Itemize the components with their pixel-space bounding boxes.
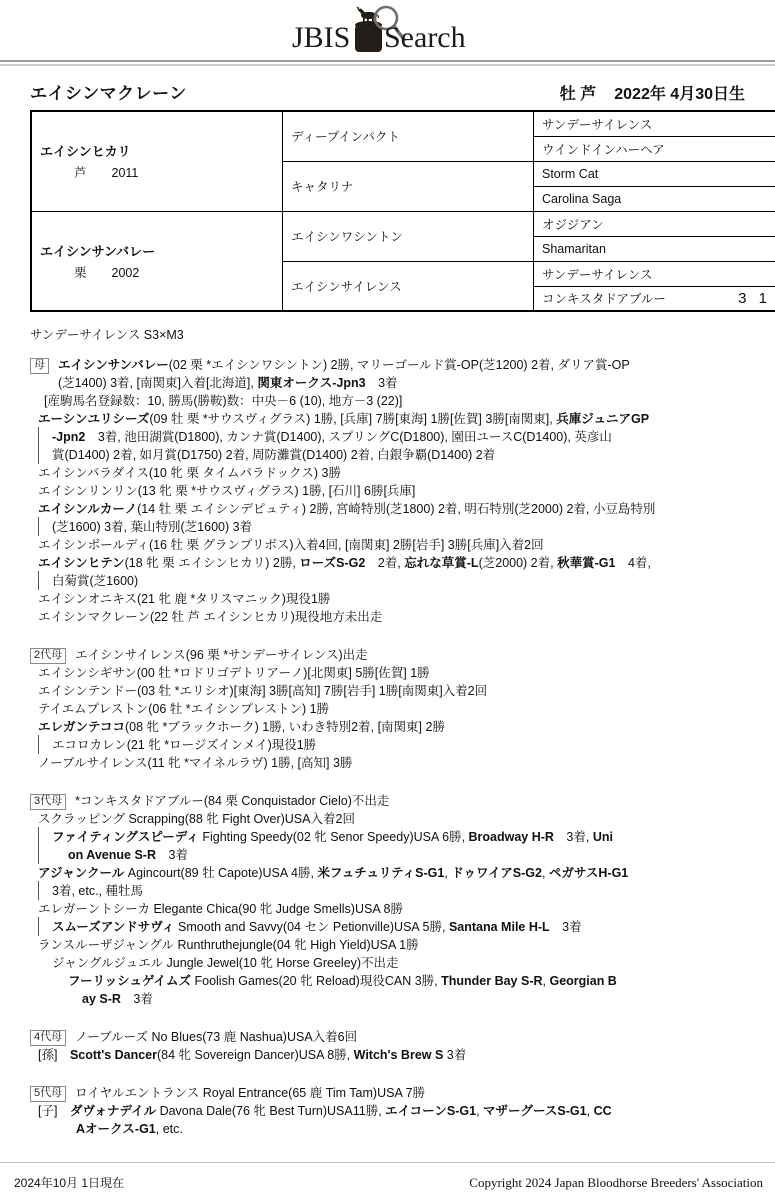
horse-or-race-name: ダヴォナデイル (70, 1104, 156, 1118)
site-header: JBIS Search (0, 0, 775, 60)
pedigree-line: エイシンヒテン(18 牝 栗 エイシンヒカリ) 2勝, ローズS-G2 2着, … (30, 554, 745, 572)
footer: 2024年10月 1日現在 Copyright 2024 Japan Blood… (14, 1174, 763, 1191)
line-text: 3着, 池田湖賞(D1800), カンナ賞(D1400), スプリングC(D18… (85, 430, 612, 444)
horse-or-race-name: スムーズアンドサヴィ (52, 920, 175, 934)
section-head-line: 3代母*コンキスタドアブルー(84 栗 Conquistador Cielo)不… (30, 792, 745, 810)
horse-or-race-name: エイシンサンバレー (58, 358, 169, 372)
pedigree-line: エイシンシギサン(00 牡 *ロドリゴデトリアーノ)[北関東] 5勝[佐賀] 1… (30, 664, 745, 682)
line-text: エレガーントシーカ Elegante Chica(90 牝 Judge Smel… (38, 902, 403, 916)
generation-label: 母 (30, 358, 49, 374)
pedigree-line: -Jpn2 3着, 池田湖賞(D1800), カンナ賞(D1400), スプリン… (30, 428, 745, 446)
table-row: エイシンサンバレー 栗 2002 エイシンワシントン オジジアン (31, 211, 775, 236)
line-text: エイシンボールディ(16 牡 栗 グランプリボス)入着4回, [南関東] 2勝[… (38, 538, 544, 552)
sire-dam-cell: キャタリナ (283, 161, 534, 211)
as-of-date: 2024年10月 1日現在 (14, 1174, 124, 1191)
horse-or-race-name: Thunder Bay S-R (441, 974, 542, 988)
line-text: 3着 (443, 1048, 466, 1062)
horse-profile: 牡 芦2022年 4月30日生 (560, 81, 745, 104)
table-row: エイシンヒカリ 芦 2011 ディープインパクト サンデーサイレンス (31, 111, 775, 136)
dam-sire-cell: エイシンワシントン (283, 211, 534, 261)
line-text: Fighting Speedy(02 牝 Senor Speedy)USA 6勝… (199, 830, 469, 844)
horse-or-race-name: 米フュチュリティS-G1 (317, 866, 444, 880)
pedigree-line: ノーブルサイレンス(11 牝 *マイネルラヴ) 1勝, [高知] 3勝 (30, 754, 745, 772)
pedigree-line: on Avenue S-R 3着 (30, 846, 745, 864)
horse-or-race-name: Uni (593, 830, 613, 844)
copyright: Copyright 2024 Japan Bloodhorse Breeders… (469, 1175, 763, 1191)
section-head-line: 2代母エイシンサイレンス(96 栗 *サンデーサイレンス)出走 (30, 646, 745, 664)
horse-or-race-name: エレガンテココ (38, 720, 125, 734)
dam-name: エイシンサンバレー (40, 241, 278, 260)
horse-or-race-name: -Jpn2 (52, 430, 85, 444)
section-second-dam: 2代母エイシンサイレンス(96 栗 *サンデーサイレンス)出走エイシンシギサン(… (30, 646, 745, 772)
pedigree-line: エコロカレン(21 牝 *ロージズインメイ)現役1勝 (30, 736, 745, 754)
pedigree-line: ファイティングスピーディ Fighting Speedy(02 牝 Senor … (30, 828, 745, 846)
pedigree-line: [産駒馬名登録数：10, 勝馬(勝鞍)数：中央－6 (10), 地方－3 (22… (30, 392, 745, 410)
horse-or-race-name: フーリッシュゲイムズ (68, 974, 191, 988)
page-marker: 3 1 (738, 290, 773, 307)
line-text: Agincourt(89 牡 Capote)USA 4勝, (124, 866, 317, 880)
section-fourth-dam: 4代母ノーブルーズ No Blues(73 鹿 Nashua)USA入着6回[孫… (30, 1028, 745, 1064)
line-text: (芝2000) 2着, (479, 556, 558, 570)
horse-name-title: エイシンマクレーン (30, 79, 187, 104)
horse-or-race-name: マザーグースS-G1 (483, 1104, 587, 1118)
line-text: 3着 (156, 848, 188, 862)
logo-text-jbis: JBIS (292, 21, 350, 54)
pedigree-table: エイシンヒカリ 芦 2011 ディープインパクト サンデーサイレンス ウインドイ… (30, 110, 775, 312)
line-text: 3着 (366, 376, 398, 390)
line-text (57, 1104, 70, 1118)
pedigree-line: テイエムプレストン(06 牡 *エイシンプレストン) 1勝 (30, 700, 745, 718)
line-text: (18 牝 栗 エイシンヒカリ) 2勝, (125, 556, 300, 570)
pedigree-line: ジャングルジュエル Jungle Jewel(10 牝 Horse Greele… (30, 954, 745, 972)
pedigree-line: スクラッピング Scrapping(88 牝 Fight Over)USA入着2… (30, 810, 745, 828)
ancestor-cell: Carolina Saga (534, 186, 775, 211)
horse-or-race-name: エイシンルカーノ (38, 502, 137, 516)
line-text: [孫] (38, 1048, 57, 1062)
pedigree-line: フーリッシュゲイムズ Foolish Games(20 牝 Reload)現役C… (30, 972, 745, 990)
pedigree-line: スムーズアンドサヴィ Smooth and Savvy(04 セン Petion… (30, 918, 745, 936)
sex-coat: 牡 芦 (560, 86, 596, 103)
horse-or-race-name: ドゥワイアS-G2 (451, 866, 542, 880)
line-text: Smooth and Savvy(04 セン Petionville)USA 5… (175, 920, 449, 934)
ancestor-cell: Shamaritan (534, 236, 775, 261)
pedigree-line: エイシンテンドー(03 牡 *エリシオ)[東海] 3勝[高知] 7勝[岩手] 1… (30, 682, 745, 700)
ancestor-cell-content: コンキスタドアブルー 3 1 (542, 289, 773, 307)
birth-date: 2022年 4月30日生 (614, 86, 745, 103)
line-text: Davona Dale(76 牝 Best Turn)USA11勝, (156, 1104, 385, 1118)
pedigree-line: エイシンマクレーン(22 牡 芦 エイシンヒカリ)現役地方未出走 (30, 608, 745, 626)
inbreeding-note: サンデーサイレンス S3×M3 (30, 325, 745, 343)
pedigree-line: [子] ダヴォナデイル Davona Dale(76 牝 Best Turn)U… (30, 1102, 745, 1120)
pedigree-line: 3着, etc., 種牡馬 (30, 882, 745, 900)
section-head-line: 5代母ロイヤルエントランス Royal Entrance(65 鹿 Tim Ta… (30, 1084, 745, 1102)
horse-or-race-name: Georgian B (549, 974, 616, 988)
pedigree-line: エイシンオニキス(21 牝 鹿 *タリスマニック)現役1勝 (30, 590, 745, 608)
pedigree-line: [孫] Scott's Dancer(84 牝 Sovereign Dancer… (30, 1046, 745, 1064)
line-text: ランスルーザジャングル Runthruthejungle(04 牝 High Y… (38, 938, 419, 952)
section-mother: 母エイシンサンバレー(02 栗 *エイシンワシントン) 2勝, マリーゴールド賞… (30, 356, 745, 626)
section-head-line: 4代母ノーブルーズ No Blues(73 鹿 Nashua)USA入着6回 (30, 1028, 745, 1046)
generation-label: 5代母 (30, 1086, 66, 1102)
line-text: , (587, 1104, 594, 1118)
pedigree-line: ランスルーザジャングル Runthruthejungle(04 牝 High Y… (30, 936, 745, 954)
pedigree-line: 白菊賞(芝1600) (30, 572, 745, 590)
pedigree-line: エーシンユリシーズ(09 牡 栗 *サウスヴィグラス) 1勝, [兵庫] 7勝[… (30, 410, 745, 428)
line-text: ノーブルサイレンス(11 牝 *マイネルラヴ) 1勝, [高知] 3勝 (38, 756, 352, 770)
pedigree-line: エレガンテココ(08 牝 *ブラックホーク) 1勝, いわき特別2着, [南関東… (30, 718, 745, 736)
line-text: エイシンテンドー(03 牡 *エリシオ)[東海] 3勝[高知] 7勝[岩手] 1… (38, 684, 487, 698)
horse-or-race-name: アジャンクール (38, 866, 124, 880)
tree-line (38, 427, 39, 446)
tree-line (38, 917, 39, 936)
line-text: (08 牝 *ブラックホーク) 1勝, いわき特別2着, [南関東] 2勝 (125, 720, 445, 734)
horse-or-race-name: 関東オークス-Jpn3 (257, 376, 365, 390)
line-text: テイエムプレストン(06 牡 *エイシンプレストン) 1勝 (38, 702, 329, 716)
line-text: (14 牡 栗 エイシンデピュティ) 2勝, 宮崎特別(芝1800) 2着, 明… (137, 502, 655, 516)
tree-line (38, 827, 39, 846)
horse-or-race-name: ay S-R (82, 992, 121, 1006)
line-text: 3着, etc., 種牡馬 (52, 884, 143, 898)
ancestor-name: コンキスタドアブルー (542, 289, 666, 307)
line-text: , (542, 866, 549, 880)
line-text: *コンキスタドアブルー(84 栗 Conquistador Cielo)不出走 (75, 794, 389, 808)
section-third-dam: 3代母*コンキスタドアブルー(84 栗 Conquistador Cielo)不… (30, 792, 745, 1008)
pedigree-line: エイシンリンリン(13 牝 栗 *サウスヴィグラス) 1勝, [石川] 6勝[兵… (30, 482, 745, 500)
pedigree-line: エイシンルカーノ(14 牡 栗 エイシンデピュティ) 2勝, 宮崎特別(芝180… (30, 500, 745, 518)
line-text: Foolish Games(20 牝 Reload)現役CAN 3勝, (191, 974, 441, 988)
footer-divider (0, 1162, 775, 1163)
horse-or-race-name: Aオークス-G1 (76, 1122, 156, 1136)
horse-or-race-name: エーシンユリシーズ (38, 412, 149, 426)
line-text: (02 栗 *エイシンワシントン) 2勝, マリーゴールド賞-OP(芝1200)… (169, 358, 630, 372)
horse-or-race-name: Broadway H-R (468, 830, 553, 844)
horse-or-race-name: エイコーンS-G1 (385, 1104, 476, 1118)
generation-label: 2代母 (30, 648, 66, 664)
line-text: エイシンマクレーン(22 牡 芦 エイシンヒカリ)現役地方未出走 (38, 610, 382, 624)
horse-or-race-name: Santana Mile H-L (449, 920, 550, 934)
tree-line (38, 735, 39, 754)
line-text: (84 牝 Sovereign Dancer)USA 8勝, (157, 1048, 354, 1062)
horse-or-race-name: ローズS-G2 (299, 556, 365, 570)
tree-line (38, 845, 39, 864)
title-row: エイシンマクレーン 牡 芦2022年 4月30日生 (30, 81, 745, 104)
horse-or-race-name: エイシンヒテン (38, 556, 125, 570)
line-text: 白菊賞(芝1600) (52, 574, 138, 588)
horse-or-race-name: CC (594, 1104, 612, 1118)
line-text: エコロカレン(21 牝 *ロージズインメイ)現役1勝 (52, 738, 316, 752)
generation-label: 4代母 (30, 1030, 66, 1046)
line-text: 3着 (550, 920, 582, 934)
horse-or-race-name: Witch's Brew S (354, 1048, 444, 1062)
ancestor-cell: サンデーサイレンス (534, 111, 775, 136)
ancestor-cell: ウインドインハーヘア (534, 136, 775, 161)
line-text: スクラッピング Scrapping(88 牝 Fight Over)USA入着2… (38, 812, 355, 826)
line-text (57, 1048, 70, 1062)
ancestor-cell: コンキスタドアブルー 3 1 (534, 286, 775, 311)
line-text: ジャングルジュエル Jungle Jewel(10 牝 Horse Greele… (52, 956, 399, 970)
line-text: [産駒馬名登録数：10, 勝馬(勝鞍)数：中央－6 (10), 地方－3 (22… (44, 394, 402, 408)
tree-line (38, 881, 39, 900)
horse-or-race-name: ペガサスH-G1 (549, 866, 628, 880)
line-text: 2着, (365, 556, 404, 570)
horse-or-race-name: 兵庫ジュニアGP (556, 412, 649, 426)
pedigree-line: Aオークス-G1, etc. (30, 1120, 745, 1138)
line-text: エイシンパラダイス(10 牝 栗 タイムパラドックス) 3勝 (38, 466, 341, 480)
logo-text-search: Search (384, 21, 466, 54)
line-text: (芝1600) 3着, 葉山特別(芝1600) 3着 (52, 520, 252, 534)
line-text: エイシンリンリン(13 牝 栗 *サウスヴィグラス) 1勝, [石川] 6勝[兵… (38, 484, 415, 498)
line-text: ロイヤルエントランス Royal Entrance(65 鹿 Tim Tam)U… (75, 1086, 425, 1100)
tree-line (38, 571, 39, 590)
generation-label: 3代母 (30, 794, 66, 810)
tree-line (38, 517, 39, 536)
line-text: (芝1400) 3着, [南関東]入着[北海道], (58, 376, 257, 390)
horse-or-race-name: on Avenue S-R (68, 848, 156, 862)
section-head-line: 母エイシンサンバレー(02 栗 *エイシンワシントン) 2勝, マリーゴールド賞… (30, 356, 745, 374)
line-text: , etc. (156, 1122, 183, 1136)
jbis-logo: JBIS Search (292, 4, 484, 56)
pedigree-line: エイシンパラダイス(10 牝 栗 タイムパラドックス) 3勝 (30, 464, 745, 482)
dam-detail: 栗 2002 (40, 263, 278, 281)
horse-or-race-name: 秋華賞-G1 (557, 556, 615, 570)
pedigree-line: エレガーントシーカ Elegante Chica(90 牝 Judge Smel… (30, 900, 745, 918)
family-sections: 母エイシンサンバレー(02 栗 *エイシンワシントン) 2勝, マリーゴールド賞… (30, 356, 745, 1138)
line-text: エイシンシギサン(00 牡 *ロドリゴデトリアーノ)[北関東] 5勝[佐賀] 1… (38, 666, 430, 680)
line-text: エイシンサイレンス(96 栗 *サンデーサイレンス)出走 (75, 648, 367, 662)
horse-or-race-name: Scott's Dancer (70, 1048, 157, 1062)
line-text: ノーブルーズ No Blues(73 鹿 Nashua)USA入着6回 (75, 1030, 357, 1044)
sire-sire-cell: ディープインパクト (283, 111, 534, 161)
report-body: エイシンマクレーン 牡 芦2022年 4月30日生 エイシンヒカリ 芦 2011… (30, 81, 745, 1138)
pedigree-line: (芝1600) 3着, 葉山特別(芝1600) 3着 (30, 518, 745, 536)
line-text: エイシンオニキス(21 牝 鹿 *タリスマニック)現役1勝 (38, 592, 330, 606)
pedigree-line: 賞(D1400) 2着, 如月賞(D1750) 2着, 周防灘賞(D1400) … (30, 446, 745, 464)
sire-cell: エイシンヒカリ 芦 2011 (31, 111, 283, 211)
sire-detail: 芦 2011 (40, 163, 278, 181)
line-text: (09 牡 栗 *サウスヴィグラス) 1勝, [兵庫] 7勝[東海] 1勝[佐賀… (149, 412, 556, 426)
horse-or-race-name: 忘れな草賞-L (404, 556, 478, 570)
pedigree-line: ay S-R 3着 (30, 990, 745, 1008)
pedigree-line: エイシンボールディ(16 牡 栗 グランプリボス)入着4回, [南関東] 2勝[… (30, 536, 745, 554)
dam-dam-cell: エイシンサイレンス (283, 261, 534, 311)
line-text: 賞(D1400) 2着, 如月賞(D1750) 2着, 周防灘賞(D1400) … (52, 448, 495, 462)
line-text: , (476, 1104, 483, 1118)
ancestor-cell: オジジアン (534, 211, 775, 236)
line-text: [子] (38, 1104, 57, 1118)
section-fifth-dam: 5代母ロイヤルエントランス Royal Entrance(65 鹿 Tim Ta… (30, 1084, 745, 1138)
sire-name: エイシンヒカリ (40, 141, 278, 160)
pedigree-line: (芝1400) 3着, [南関東]入着[北海道], 関東オークス-Jpn3 3着 (30, 374, 745, 392)
horse-or-race-name: ファイティングスピーディ (52, 830, 199, 844)
line-text: 4着, (615, 556, 650, 570)
ancestor-cell: サンデーサイレンス (534, 261, 775, 286)
ancestor-cell: Storm Cat (534, 161, 775, 186)
pedigree-line: アジャンクール Agincourt(89 牡 Capote)USA 4勝, 米フ… (30, 864, 745, 882)
tree-line (38, 445, 39, 464)
dam-cell: エイシンサンバレー 栗 2002 (31, 211, 283, 311)
line-text: 3着 (121, 992, 153, 1006)
line-text: 3着, (554, 830, 593, 844)
